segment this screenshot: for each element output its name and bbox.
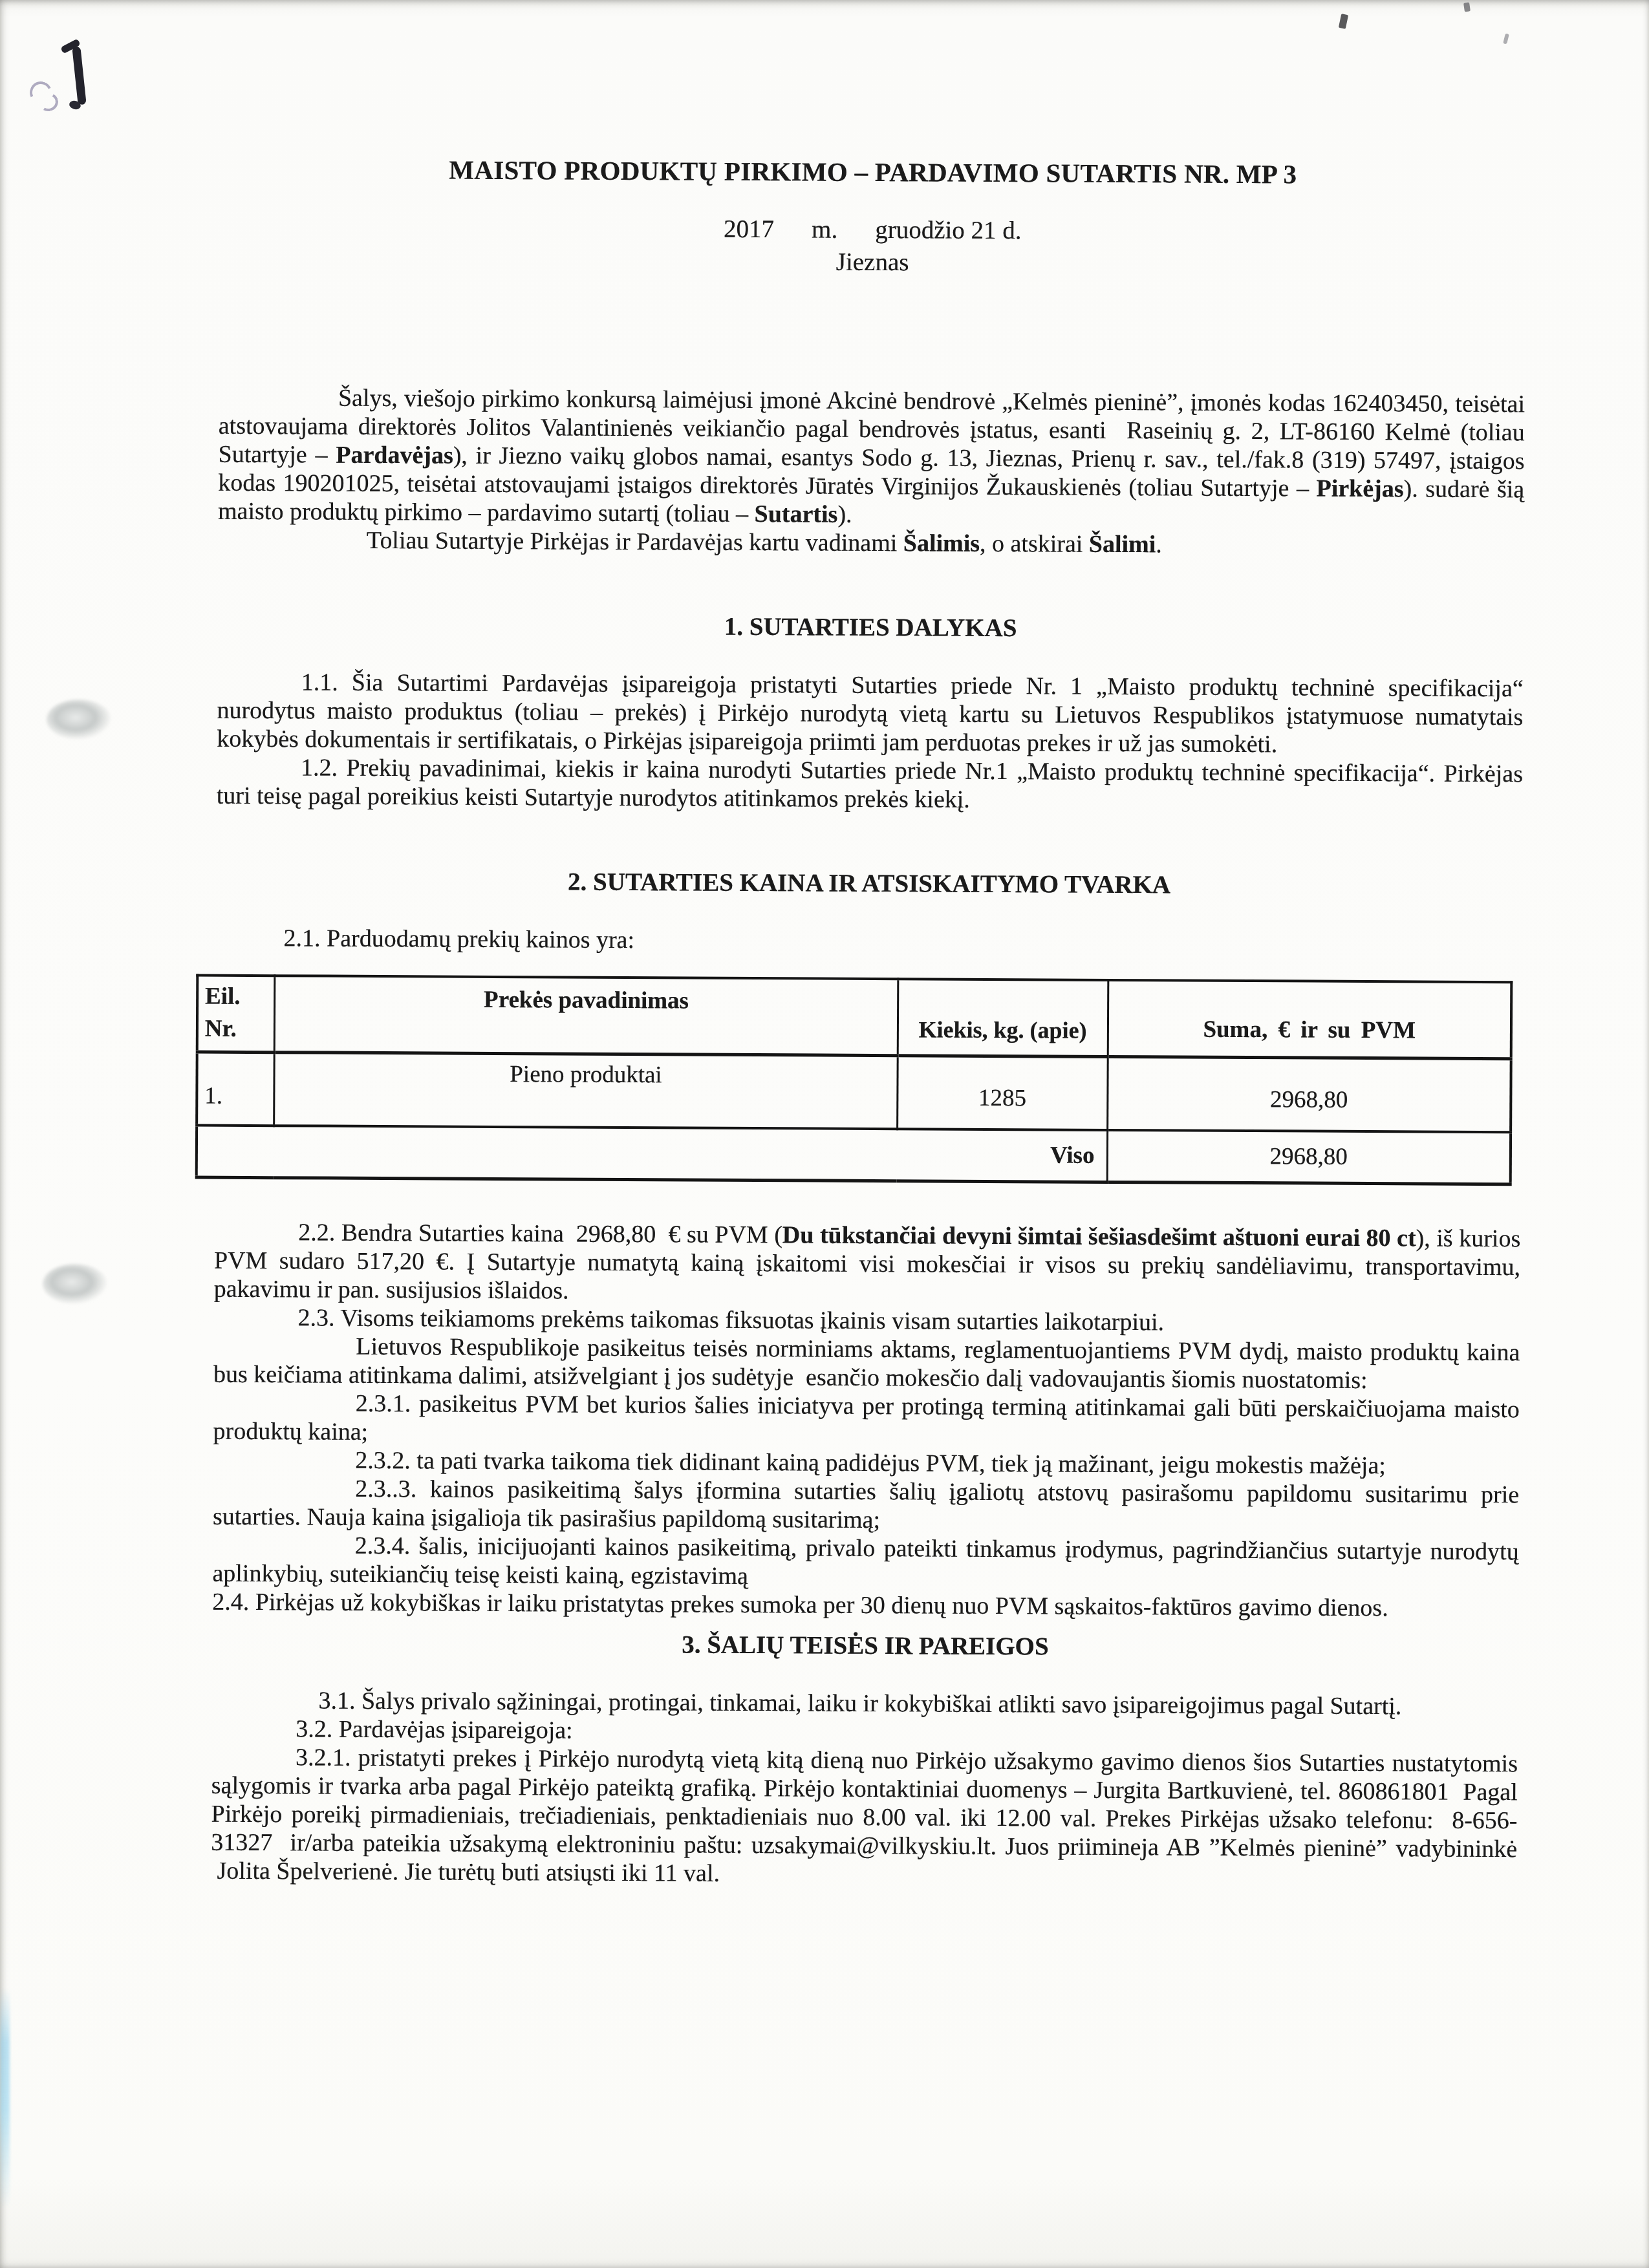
table-cell: 2968,80	[1107, 1056, 1511, 1132]
date-month-label: m.	[812, 216, 837, 244]
paragraph: 2.2. Bendra Sutarties kaina 2968,80 € su…	[214, 1217, 1521, 1310]
text: 2.2. Bendra Sutarties kaina 2968,80 € su…	[298, 1219, 782, 1248]
text: 1.2. Prekių pavadinimai, kiekis ir kaina…	[217, 754, 1523, 813]
paragraph: Lietuvos Respublikoje pasikeitus teisės …	[213, 1331, 1520, 1395]
bold-text: Pirkėjas	[1316, 475, 1403, 503]
text: 3.2. Pardavėjas įsipareigoja:	[296, 1715, 573, 1744]
table-total-row: Viso2968,80	[197, 1126, 1511, 1184]
text: Lietuvos Respublikoje pasikeitus teisės …	[213, 1332, 1520, 1393]
pen-scribble-mark	[26, 76, 66, 116]
paragraph: Toliau Sutartyje Pirkėjas ir Pardavėjas …	[218, 526, 1524, 561]
bold-text: Šalimis	[903, 530, 980, 557]
text: 2.4. Pirkėjas už kokybiškas ir laiku pri…	[212, 1588, 1388, 1621]
hole-punch-smudge-top	[47, 700, 111, 740]
document-title: MAISTO PRODUKTŲ PIRKIMO – PARDAVIMO SUTA…	[220, 153, 1526, 191]
paragraph: 2.3..3. kainos pasikeitimą šalys įformin…	[213, 1473, 1519, 1537]
text: 1.1. Šia Sutartimi Pardavėjas įsipareigo…	[217, 669, 1524, 758]
text: Toliau Sutartyje Pirkėjas ir Pardavėjas …	[367, 527, 903, 557]
paragraph: 1.2. Prekių pavadinimai, kiekis ir kaina…	[217, 753, 1523, 817]
date-year: 2017	[724, 215, 774, 244]
text: 2.3.1. pasikeitus PVM bet kurios šalies …	[213, 1389, 1520, 1445]
table-row: 1.Pieno produktai12852968,80	[197, 1052, 1511, 1133]
paragraph: 2.3.4. šalis, inicijuojanti kainos pasik…	[212, 1530, 1518, 1594]
document-header: MAISTO PRODUKTŲ PIRKIMO – PARDAVIMO SUTA…	[219, 153, 1526, 281]
text: 2.3..3. kainos pasikeitimą šalys įformin…	[213, 1475, 1519, 1533]
scanner-streak	[0, 1988, 10, 2208]
paragraph: 2.1. Parduodamų prekių kainos yra:	[216, 924, 1522, 959]
table-header-cell: Eil.Nr.	[197, 976, 275, 1053]
section-heading: 3. ŠALIŲ TEISĖS IR PAREIGOS	[212, 1627, 1518, 1664]
table-cell: Pieno produktai	[274, 1052, 898, 1129]
paragraph: 2.3.1. pasikeitus PVM bet kurios šalies …	[213, 1388, 1520, 1452]
bold-text: Šalimi	[1089, 531, 1156, 559]
document-place: Jieznas	[219, 245, 1525, 281]
paragraph: 2.4. Pirkėjas už kokybiškas ir laiku pri…	[212, 1587, 1518, 1623]
bold-text: Sutartis	[755, 500, 838, 528]
text: 2.3.2. ta pati tvarka taikoma tiek didin…	[355, 1446, 1386, 1479]
table-total-label: Viso	[197, 1126, 1108, 1182]
table-cell: 1.	[197, 1052, 274, 1126]
hole-punch-smudge-bottom	[43, 1264, 107, 1304]
corner-mark-3	[1503, 34, 1509, 45]
table-cell: 1285	[897, 1055, 1108, 1130]
section-heading: 2. SUTARTIES KAINA IR ATSISKAITYMO TVARK…	[216, 866, 1522, 903]
text: 2.3. Visoms teikiamoms prekėms taikomas …	[297, 1304, 1164, 1336]
table-total-value: 2968,80	[1107, 1130, 1511, 1184]
bold-text: Pardavėjas	[336, 442, 453, 469]
text: 2.3.4. šalis, inicijuojanti kainos pasik…	[212, 1532, 1518, 1589]
document-date: 2017 m. gruodžio 21 d.	[219, 213, 1525, 248]
text: 3.1. Šalys privalo sąžiningai, protingai…	[318, 1687, 1401, 1720]
text: , o atskirai	[980, 530, 1089, 558]
table-header-cell: Prekės pavadinimas	[275, 976, 898, 1055]
contract-body: Šalys, viešojo pirkimo konkursą laimėjus…	[211, 383, 1525, 1892]
text: .	[1156, 531, 1162, 558]
corner-mark-1	[1339, 14, 1348, 29]
table-header-cell: Suma, € ir su PVM	[1108, 980, 1511, 1058]
paragraph: Šalys, viešojo pirkimo konkursą laimėjus…	[218, 383, 1525, 533]
text: 3.2.1. pristatyti prekes į Pirkėjo nurod…	[211, 1744, 1518, 1887]
section-heading: 1. SUTARTIES DALYKAS	[217, 610, 1524, 647]
date-day: gruodžio 21 d.	[875, 216, 1022, 245]
staple-mark	[59, 41, 100, 114]
bold-text: Du tūkstančiai devyni šimtai šešiasdešim…	[782, 1221, 1416, 1252]
table-header-cell: Kiekis, kg. (apie)	[898, 979, 1108, 1056]
table-header-row: Eil.Nr.Prekės pavadinimasKiekis, kg. (ap…	[197, 976, 1512, 1059]
paragraph: 3.2.1. pristatyti prekes į Pirkėjo nurod…	[211, 1742, 1518, 1892]
printed-content: MAISTO PRODUKTŲ PIRKIMO – PARDAVIMO SUTA…	[211, 153, 1526, 1892]
paragraph: 1.1. Šia Sutartimi Pardavėjas įsipareigo…	[217, 668, 1524, 760]
scanned-contract-page: MAISTO PRODUKTŲ PIRKIMO – PARDAVIMO SUTA…	[0, 0, 1649, 2268]
text: 2.1. Parduodamų prekių kainos yra:	[284, 925, 635, 954]
price-table: Eil.Nr.Prekės pavadinimasKiekis, kg. (ap…	[195, 974, 1513, 1186]
text: ).	[837, 501, 852, 528]
corner-mark-2	[1463, 2, 1471, 12]
